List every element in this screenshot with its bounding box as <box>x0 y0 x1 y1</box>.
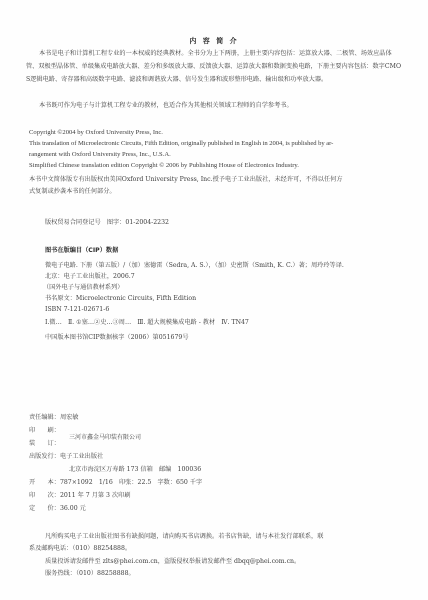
cip-isbn: ISBN 7-121-02671-6 <box>45 305 109 314</box>
imprint-price: 定 价：36.00 元 <box>29 504 86 513</box>
imprint-format: 开 本：787×1092 1/16 印张：22.5 字数：650 千字 <box>29 478 202 487</box>
notice-line-4: 服务热线：（010）88258888。 <box>45 569 135 578</box>
copyright-line-4: Simplified Chinese translation edition C… <box>29 161 299 170</box>
notice-line-2: 系及邮购电话：（010）88254888。 <box>29 544 131 553</box>
cip-line-2: 北京：电子工业出版社，2006.7 <box>45 272 135 281</box>
cip-line-4: 书名原文：Microelectronic Circuits, Fifth Edi… <box>45 294 196 303</box>
format-label: 开 本： <box>29 479 60 486</box>
cip-record-number: 中国版本图书馆CIP数据核字（2006）第051679号 <box>45 333 189 342</box>
imprint-address: 北京市海淀区万寿路 173 信箱 邮编 100036 <box>69 465 201 474</box>
copyright-page: 内 容 简 介 本书是电子和计算机工程专业的一本权威的经典教材。全书分为上下两册… <box>0 0 428 600</box>
imprint-printing-label: 印 刷： <box>29 426 60 435</box>
imprint-edition: 印 次：2011 年 7 月第 3 次印刷 <box>29 491 131 500</box>
price-label: 定 价： <box>29 505 60 512</box>
price-value: 36.00 元 <box>60 505 86 512</box>
cip-line-1: 微电子电路. 下册（第五版）/（加）塞德雷（Sedra, A. S.），（加）史… <box>45 261 344 270</box>
summary-paragraph-2: 本书既可作为电子与计算机工程专业的教材，也适合作为其他相关领域工程师的自学参考书… <box>26 99 404 112</box>
summary-title: 内 容 简 介 <box>0 36 428 46</box>
copyright-line-3: rangement with Oxford University Press, … <box>29 150 171 159</box>
publisher-value: 电子工业出版社 <box>60 453 103 460</box>
imprint-printer: 三河市鑫金马印装有限公司 <box>69 433 141 442</box>
copyright-cn-line-2: 式复制或抄袭本书的任何部分。 <box>29 187 116 196</box>
notice-line-3: 质量投诉请发邮件至 zlts@phei.com.cn，盗版侵权举报请发邮件至 d… <box>45 557 300 566</box>
cip-classification: Ⅰ.微… Ⅱ. ①塞…②史…③周… Ⅲ. 超大规模集成电路 - 教材 Ⅳ. TN… <box>45 318 249 327</box>
imprint-editor: 责任编辑：周宏敏 <box>29 413 79 422</box>
copyright-line-1: Copyright ©2004 by Oxford University Pre… <box>29 128 163 137</box>
edition-value: 2011 年 7 月第 3 次印刷 <box>60 492 131 499</box>
summary-paragraph-1: 本书是电子和计算机工程专业的一本权威的经典教材。全书分为上下两册，上册主要内容包… <box>26 47 404 86</box>
edition-label: 印 次： <box>29 492 60 499</box>
format-value: 787×1092 1/16 印张：22.5 字数：650 千字 <box>60 479 202 486</box>
editor-value: 周宏敏 <box>60 414 79 421</box>
copyright-line-2: This translation of Microelectronic Circ… <box>29 139 333 148</box>
cip-heading: 图书在版编目（CIP）数据 <box>45 246 118 255</box>
imprint-binding-label: 装 订： <box>29 439 60 448</box>
registration-number: 版权贸易合同登记号 图字：01-2004-2232 <box>45 218 169 227</box>
publisher-label: 出版发行： <box>29 453 60 460</box>
notice-line-1: 凡所购买电子工业出版社图书有缺损问题，请向购买书店调换。若书店售缺，请与本社发行… <box>45 532 323 541</box>
copyright-cn-line-1: 本书中文简体版专有出版权由美国Oxford University Press, … <box>29 175 343 184</box>
cip-line-3: （国外电子与通信教材系列） <box>43 283 123 292</box>
imprint-publisher: 出版发行：电子工业出版社 <box>29 452 103 461</box>
editor-label: 责任编辑： <box>29 414 60 421</box>
